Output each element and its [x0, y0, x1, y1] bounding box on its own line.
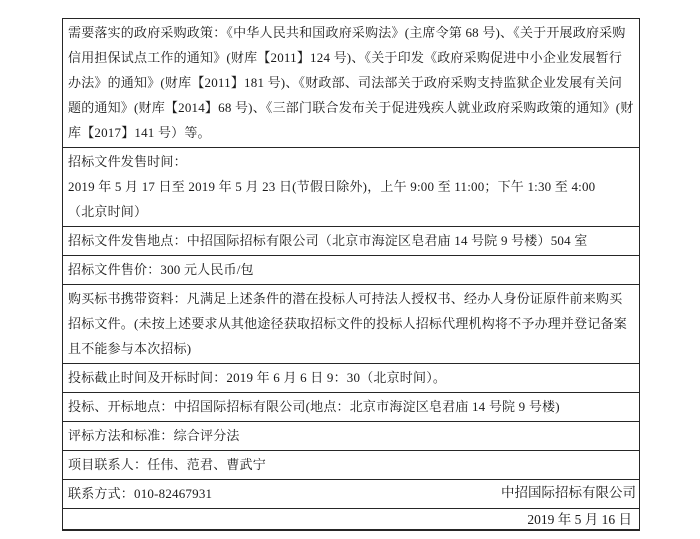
row-document-price: 招标文件售价：300 元人民币/包 — [63, 256, 639, 285]
row-purchase-materials: 购买标书携带资料：凡满足上述条件的潜在投标人可持法人授权书、经办人身份证原件前来… — [63, 285, 639, 364]
row-text: 项目联系人：任伟、范君、曹武宁 — [68, 452, 634, 477]
row-text: 需要落实的政府采购政策：《中华人民共和国政府采购法》(主席令第 68 号)、《关… — [68, 20, 634, 145]
row-text: 投标截止时间及开标时间：2019 年 6 月 6 日 9：30（北京时间）。 — [68, 365, 634, 390]
tender-info-table: 需要落实的政府采购政策：《中华人民共和国政府采购法》(主席令第 68 号)、《关… — [62, 18, 640, 531]
row-text: 招标文件售价：300 元人民币/包 — [68, 257, 634, 282]
row-text: 评标方法和标准：综合评分法 — [68, 423, 634, 448]
row-bid-opening-location: 投标、开标地点：中招国际招标有限公司(地点：北京市海淀区皂君庙 14 号院 9 … — [63, 393, 639, 422]
row-text: 招标文件发售时间： 2019 年 5 月 17 日至 2019 年 5 月 23… — [68, 149, 634, 224]
row-bid-deadline: 投标截止时间及开标时间：2019 年 6 月 6 日 9：30（北京时间）。 — [63, 364, 639, 393]
row-sale-time: 招标文件发售时间： 2019 年 5 月 17 日至 2019 年 5 月 23… — [63, 148, 639, 227]
row-project-contacts: 项目联系人：任伟、范君、曹武宁 — [63, 451, 639, 480]
row-text: 招标文件发售地点：中招国际招标有限公司（北京市海淀区皂君庙 14 号院 9 号楼… — [68, 228, 634, 253]
row-procurement-policies: 需要落实的政府采购政策：《中华人民共和国政府采购法》(主席令第 68 号)、《关… — [63, 19, 639, 148]
signature-company: 中招国际招标有限公司 — [0, 479, 636, 506]
row-evaluation-method: 评标方法和标准：综合评分法 — [63, 422, 639, 451]
row-text: 投标、开标地点：中招国际招标有限公司(地点：北京市海淀区皂君庙 14 号院 9 … — [68, 394, 634, 419]
row-sale-location: 招标文件发售地点：中招国际招标有限公司（北京市海淀区皂君庙 14 号院 9 号楼… — [63, 227, 639, 256]
row-text: 购买标书携带资料：凡满足上述条件的潜在投标人可持法人授权书、经办人身份证原件前来… — [68, 286, 634, 361]
signature-block: 中招国际招标有限公司 2019 年 5 月 16 日 — [0, 479, 700, 533]
signature-date: 2019 年 5 月 16 日 — [0, 506, 636, 533]
